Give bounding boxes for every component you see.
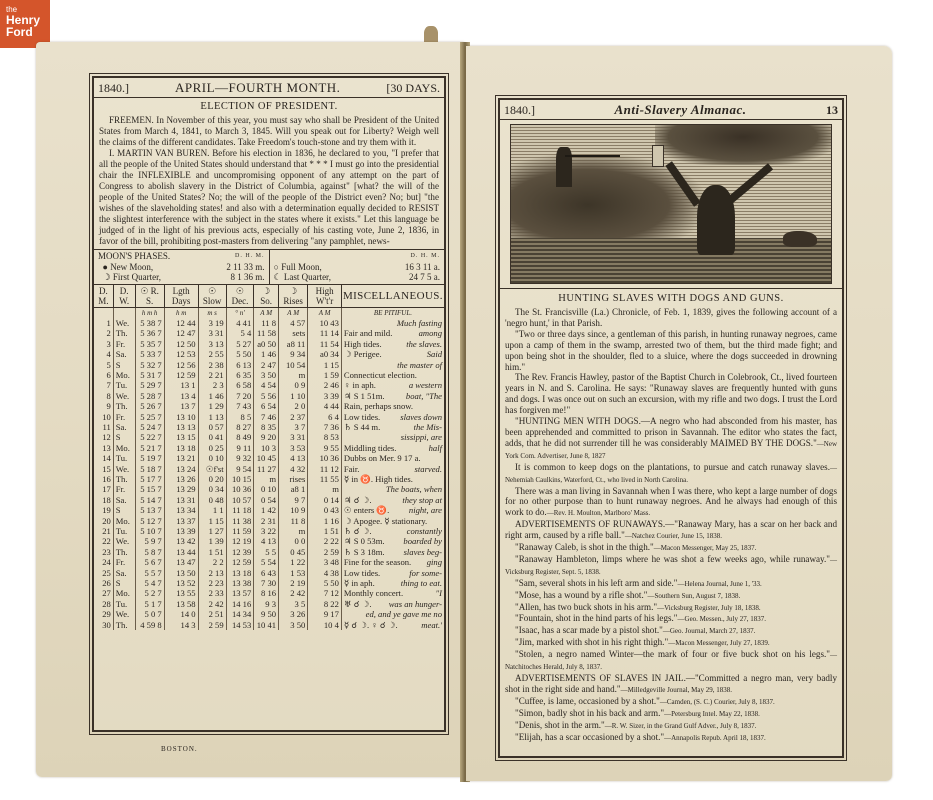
table-cell: 5 4 7 xyxy=(135,578,164,588)
table-cell: 4 xyxy=(94,349,113,359)
table-cell: 6 13 xyxy=(226,360,254,370)
table-cell: 2 xyxy=(94,328,113,338)
article-paragraph: "Sam, several shots in his left arm and … xyxy=(505,578,837,590)
table-cell: Th. xyxy=(113,547,135,557)
running-verse: slaves beg- xyxy=(404,547,442,557)
miscellaneous-cell: Dubbs on Mer. 9 17 a. xyxy=(341,453,444,463)
table-cell: 18 xyxy=(94,495,113,505)
phase-day: 2 xyxy=(226,262,231,272)
table-cell: 5 50 xyxy=(308,578,342,588)
table-cell: S xyxy=(113,360,135,370)
table-cell: 5 33 7 xyxy=(135,349,164,359)
paragraph-text: "Cuffee, is lame, occasioned by a shot." xyxy=(515,696,660,706)
page-number: 13 xyxy=(826,103,838,118)
table-cell: 21 xyxy=(94,526,113,536)
table-cell: 0 57 xyxy=(198,422,226,432)
table-cell: 27 xyxy=(94,588,113,598)
table-cell: 5 10 7 xyxy=(135,526,164,536)
table-cell: 15 xyxy=(94,464,113,474)
miscellaneous-cell: the slaves.High tides. xyxy=(341,339,444,349)
table-cell: 5 50 xyxy=(226,349,254,359)
astronomical-note: Middling tides. xyxy=(344,443,397,453)
astronomical-note: ☿ ☌ ☽. ♀ ☌ ☽. xyxy=(344,620,398,630)
table-cell: 1 59 xyxy=(308,370,342,380)
table-cell: 3 48 xyxy=(308,557,342,567)
table-cell: 12 56 xyxy=(164,360,198,370)
table-cell: 7 20 xyxy=(226,391,254,401)
column-header: D. W. xyxy=(113,285,135,308)
paragraph-text: The Rev. Francis Hawley, pastor of the B… xyxy=(505,372,837,415)
dog-figure xyxy=(783,231,817,247)
table-cell: We. xyxy=(113,391,135,401)
left-page-frame: 1840.] APRIL—FOURTH MONTH. [30 DAYS. ELE… xyxy=(92,76,446,732)
table-cell: 29 xyxy=(94,609,113,619)
table-cell: 6 58 xyxy=(226,380,254,390)
running-verse: "I xyxy=(436,588,442,598)
table-row: 14Tu.5 19 713 210 109 3210 454 1310 36Du… xyxy=(94,453,444,463)
table-cell: 7 46 xyxy=(254,412,279,422)
right-running-head: 1840.] Anti-Slavery Almanac. 13 xyxy=(500,100,842,120)
table-row: 23Th.5 8 713 441 5112 395 50 452 59slave… xyxy=(94,547,444,557)
miscellaneous-cell: Said☽ Perigee. xyxy=(341,349,444,359)
table-cell: 1 15 xyxy=(198,516,226,526)
article-paragraph: "Jim, marked with shot in his right thig… xyxy=(505,637,837,649)
table-cell: 6 54 xyxy=(254,401,279,411)
table-cell: 5 0 7 xyxy=(135,609,164,619)
table-cell: sets xyxy=(279,328,308,338)
table-cell: 14 0 xyxy=(164,609,198,619)
article-paragraph: "HUNTING MEN WITH DOGS.—A negro who had … xyxy=(505,416,837,462)
miscellaneous-cell: the Mis-♄ S 44 m. xyxy=(341,422,444,432)
table-cell: Mo. xyxy=(113,588,135,598)
phase-name: Full Moon, xyxy=(281,262,322,272)
column-header: Lgth Days xyxy=(164,285,198,308)
table-cell: 4 41 xyxy=(226,318,254,328)
table-row: 2Th.5 36 712 473 315 411 58sets11 14amon… xyxy=(94,328,444,338)
column-header: MISCELLANEOUS. xyxy=(341,285,444,308)
table-cell: 5 19 7 xyxy=(135,453,164,463)
table-cell: Tu. xyxy=(113,526,135,536)
table-row: 11Sa.5 24 713 130 578 278 353 77 36the M… xyxy=(94,422,444,432)
table-cell: 13 13 xyxy=(164,422,198,432)
miscellaneous-cell: "IMonthly concert. xyxy=(341,588,444,598)
table-cell: Th. xyxy=(113,401,135,411)
table-cell: 4 32 xyxy=(279,464,308,474)
table-cell: S xyxy=(113,505,135,515)
dhm-label: D. H. M. xyxy=(410,251,440,262)
table-cell: 0 34 xyxy=(198,484,226,494)
table-cell: Th. xyxy=(113,474,135,484)
astronomical-note: Low tides. xyxy=(344,412,380,422)
table-cell: 10 15 xyxy=(226,474,254,484)
running-verse: Said xyxy=(427,349,442,359)
table-cell: 13 50 xyxy=(164,568,198,578)
moon-phases-left: MOON'S PHASES. D. H. M. ● New Moon, 2 11… xyxy=(94,250,269,284)
running-verse: night, are xyxy=(409,505,442,515)
table-row: 18Sa.5 14 713 310 4810 570 549 70 14they… xyxy=(94,495,444,505)
table-row: 15We.5 18 713 24☉f'st9 5411 274 3211 12s… xyxy=(94,464,444,474)
astronomical-note: ☽ Apogee. ☿ stationary. xyxy=(344,516,427,526)
phase-minute: 5 a. xyxy=(427,272,440,282)
table-row: 5S5 32 712 562 386 132 4710 541 15the ma… xyxy=(94,360,444,370)
table-cell: 4 13 xyxy=(254,536,279,546)
table-row: 30Th.4 59 814 32 5914 5310 413 5010 4mea… xyxy=(94,620,444,630)
right-page: 1840.] Anti-Slavery Almanac. 13 HUNTING … xyxy=(466,46,892,781)
table-row: 28Tu.5 1 713 582 4214 169 33 58 22was an… xyxy=(94,599,444,609)
table-row: 29We.5 0 714 02 5114 349 503 269 17ed, a… xyxy=(94,609,444,619)
table-cell: 12 50 xyxy=(164,339,198,349)
article-paragraph: "Elijah, has a scar occasioned by a shot… xyxy=(505,732,837,744)
citation-source: —Macon Messenger, July 27, 1839. xyxy=(668,639,769,647)
running-verse: ed, and ye gave me no xyxy=(366,609,442,619)
running-verse: a western xyxy=(409,380,442,390)
table-cell: 16 xyxy=(94,474,113,484)
paragraph-text: "Ranaway Hambleton, limps where he was s… xyxy=(515,554,830,564)
table-cell: 9 32 xyxy=(226,453,254,463)
citation-source: —Geo. Journal, March 27, 1837. xyxy=(663,627,756,635)
article-paragraph: "Ranaway Caleb, is shot in the thigh."—M… xyxy=(505,542,837,554)
table-cell: m xyxy=(279,370,308,380)
table-cell: 9 54 xyxy=(226,464,254,474)
table-cell: 11 55 xyxy=(308,474,342,484)
table-cell: 11 xyxy=(94,422,113,432)
table-cell: 20 xyxy=(94,516,113,526)
table-cell: 10 43 xyxy=(308,318,342,328)
table-cell: 11 8 xyxy=(279,516,308,526)
table-cell: 2 46 xyxy=(308,380,342,390)
miscellaneous-cell: for some-Low tides. xyxy=(341,568,444,578)
header-days: [30 DAYS. xyxy=(386,81,440,96)
article-paragraph: "Fountain, shot in the hind parts of his… xyxy=(505,613,837,625)
table-cell: 0 20 xyxy=(198,474,226,484)
table-cell: 10 4 xyxy=(308,620,342,630)
table-cell: 5 2 7 xyxy=(135,588,164,598)
table-cell: 3 13 xyxy=(198,339,226,349)
table-cell: 2 2 xyxy=(198,557,226,567)
unit-cell: m s xyxy=(198,307,226,318)
paragraph-text: It is common to keep dogs on the plantat… xyxy=(515,462,830,472)
table-cell: rises xyxy=(279,474,308,484)
table-cell: 3 39 xyxy=(308,391,342,401)
table-cell: Mo. xyxy=(113,443,135,453)
table-cell: 3 5 xyxy=(279,599,308,609)
astronomical-note: Monthly concert. xyxy=(344,588,403,598)
table-cell: 7 12 xyxy=(308,588,342,598)
table-cell: 11 58 xyxy=(254,328,279,338)
table-cell: 19 xyxy=(94,505,113,515)
astronomical-note: Rain, perhaps snow. xyxy=(344,401,413,411)
paragraph-text: "Allen, has two buck shots in his arm." xyxy=(515,602,657,612)
astronomical-note: High tides. xyxy=(344,339,382,349)
table-cell: 5 32 7 xyxy=(135,360,164,370)
table-cell: a8 11 xyxy=(279,339,308,349)
table-row: 19S5 13 713 341 111 181 4210 90 43night,… xyxy=(94,505,444,515)
astronomical-note: ☉ enters ♉. xyxy=(344,505,389,515)
citation-source: —Annapolis Repub. April 18, 1837. xyxy=(664,734,766,742)
table-cell: 1 10 xyxy=(279,391,308,401)
table-cell: 8 xyxy=(94,391,113,401)
citation-source: —Helena Journal, June 1, '33. xyxy=(678,580,762,588)
article-paragraph: ADVERTISEMENTS OF RUNAWAYS.—"Ranaway Mar… xyxy=(505,519,837,542)
section-title-hunting: HUNTING SLAVES WITH DOGS AND GUNS. xyxy=(500,288,842,305)
article-paragraph: "Denis, shot in the arm."—R. W. Sizer, i… xyxy=(505,720,837,732)
table-cell: 10 41 xyxy=(254,620,279,630)
article-paragraph: "Mose, has a wound by a rifle shot."—Sou… xyxy=(505,590,837,602)
table-cell: 10 9 xyxy=(279,505,308,515)
astronomical-note: ♀ in aph. xyxy=(344,380,376,390)
table-cell: 13 10 xyxy=(164,412,198,422)
paragraph-freemen: FREEMEN. In November of this year, you m… xyxy=(99,115,439,148)
phase-day: 16 xyxy=(405,262,414,272)
table-cell: Mo. xyxy=(113,516,135,526)
miscellaneous-cell: slaves downLow tides. xyxy=(341,412,444,422)
phase-name: First Quarter, xyxy=(113,272,161,282)
table-cell: 5 17 7 xyxy=(135,474,164,484)
running-verse: boarded by xyxy=(403,536,442,546)
moon-phases: MOON'S PHASES. D. H. M. ● New Moon, 2 11… xyxy=(94,249,444,285)
table-row: 9Th.5 26 713 71 297 436 542 04 44Rain, p… xyxy=(94,401,444,411)
table-row: 7Tu.5 29 713 12 36 584 540 92 46a wester… xyxy=(94,380,444,390)
moon-phase-last-quarter: ☾ Last Quarter, 24 7 5 a. xyxy=(274,272,441,283)
unit-cell: A M xyxy=(279,307,308,318)
article-paragraph: "Stolen, a negro named Winter—the mark o… xyxy=(505,649,837,673)
running-verse: slaves down xyxy=(400,412,442,422)
table-cell: 10 57 xyxy=(226,495,254,505)
paragraph-text: "Ranaway Caleb, is shot in the thigh." xyxy=(515,542,654,552)
miscellaneous-cell: was an hunger-♅ ☌ ☽. xyxy=(341,599,444,609)
table-cell: 12 xyxy=(94,432,113,442)
table-cell: 1 51 xyxy=(308,526,342,536)
paragraph-text: "Stolen, a negro named Winter—the mark o… xyxy=(515,649,830,659)
table-cell: 14 3 xyxy=(164,620,198,630)
new-moon-icon: ● xyxy=(103,262,108,272)
header-year: 1840.] xyxy=(98,81,129,96)
table-row: 26S5 4 713 522 2313 387 302 195 50thing … xyxy=(94,578,444,588)
table-cell: Tu. xyxy=(113,599,135,609)
table-row: 24Fr.5 6 713 472 212 595 541 223 48gingF… xyxy=(94,557,444,567)
table-cell: 2 21 xyxy=(198,370,226,380)
column-header: ☽ So. xyxy=(254,285,279,308)
full-moon-icon: ○ xyxy=(274,262,279,272)
table-row: 16Th.5 17 713 260 2010 15mrises11 55☿ in… xyxy=(94,474,444,484)
header-almanac-title: Anti-Slavery Almanac. xyxy=(614,102,746,118)
election-text: FREEMEN. In November of this year, you m… xyxy=(94,113,444,249)
table-cell: 13 18 xyxy=(164,443,198,453)
miscellaneous-cell: gingFine for the season. xyxy=(341,557,444,567)
running-verse: starved. xyxy=(415,464,442,474)
paragraph-text: "Simon, badly shot in his back and arm." xyxy=(515,708,664,718)
table-cell: 1 16 xyxy=(308,516,342,526)
phase-day: 8 xyxy=(230,272,235,282)
table-cell: 5 9 7 xyxy=(135,536,164,546)
table-cell: 5 18 7 xyxy=(135,464,164,474)
table-cell: 9 17 xyxy=(308,609,342,619)
miscellaneous-cell: ☽ Apogee. ☿ stationary. xyxy=(341,516,444,526)
paragraph-text: "Jim, marked with shot in his right thig… xyxy=(515,637,668,647)
article-paragraph: "Allen, has two buck shots in his arm."—… xyxy=(505,602,837,614)
table-cell: 13 55 xyxy=(164,588,198,598)
unit-cell xyxy=(113,307,135,318)
table-cell: 11 8 xyxy=(254,318,279,328)
table-cell: 12 44 xyxy=(164,318,198,328)
paragraph-text: The St. Francisville (La.) Chronicle, of… xyxy=(505,307,837,328)
table-cell: 5 21 7 xyxy=(135,443,164,453)
table-row: 3Fr.5 35 712 503 135 27a0 50a8 1111 54th… xyxy=(94,339,444,349)
miscellaneous-cell: night, are☉ enters ♉. xyxy=(341,505,444,515)
phase-day: 24 xyxy=(409,272,418,282)
table-cell: 7 xyxy=(94,380,113,390)
table-cell: 5 54 xyxy=(254,557,279,567)
table-cell: m xyxy=(279,526,308,536)
table-cell: 11 54 xyxy=(308,339,342,349)
table-cell: 13 58 xyxy=(164,599,198,609)
table-cell: 4 38 xyxy=(308,568,342,578)
table-cell: Fr. xyxy=(113,339,135,349)
table-cell: 1 46 xyxy=(254,349,279,359)
right-page-frame: 1840.] Anti-Slavery Almanac. 13 HUNTING … xyxy=(498,98,844,758)
astronomical-note: Fair. xyxy=(344,464,360,474)
table-cell: 2 33 xyxy=(198,588,226,598)
table-cell: 1 29 xyxy=(198,401,226,411)
table-cell: a8 1 xyxy=(279,484,308,494)
miscellaneous-cell: Connecticut election. xyxy=(341,370,444,380)
paragraph-text: "Isaac, has a scar made by a pistol shot… xyxy=(515,625,663,635)
post-shape xyxy=(652,145,664,167)
running-verse: constantly xyxy=(407,526,442,536)
table-cell: 8 53 xyxy=(308,432,342,442)
table-cell: 14 16 xyxy=(226,599,254,609)
table-cell: 2 59 xyxy=(308,547,342,557)
running-verse: boat, "The xyxy=(406,391,442,401)
table-cell: 0 45 xyxy=(279,547,308,557)
table-cell: 13 42 xyxy=(164,536,198,546)
phase-hour: 7 xyxy=(420,272,425,282)
table-cell: 13 52 xyxy=(164,578,198,588)
running-verse: the master of xyxy=(397,360,442,370)
table-cell: 5 26 7 xyxy=(135,401,164,411)
running-verse: the slaves. xyxy=(406,339,442,349)
units-row: h m hh mm s° n'A MA MA MBE PITIFUL. xyxy=(94,307,444,318)
table-cell: 3 7 xyxy=(279,422,308,432)
table-cell: 0 43 xyxy=(308,505,342,515)
table-cell: We. xyxy=(113,464,135,474)
table-cell: 13 21 xyxy=(164,453,198,463)
miscellaneous-cell: boat, "The♃ S 1 51m. xyxy=(341,391,444,401)
table-cell: Sa. xyxy=(113,568,135,578)
miscellaneous-cell: amongFair and mild. xyxy=(341,328,444,338)
left-page: 1840.] APRIL—FOURTH MONTH. [30 DAYS. ELE… xyxy=(36,42,464,777)
table-cell: Th. xyxy=(113,620,135,630)
table-cell: 9 xyxy=(94,401,113,411)
table-cell: 4 44 xyxy=(308,401,342,411)
table-row: 13Mo.5 21 713 180 259 1110 33 539 55half… xyxy=(94,443,444,453)
phase-hour: 1 xyxy=(237,272,242,282)
table-cell: 5 38 7 xyxy=(135,318,164,328)
table-cell: 1 42 xyxy=(254,505,279,515)
woodcut-illustration xyxy=(510,124,832,284)
moon-phases-label: MOON'S PHASES. xyxy=(98,251,170,262)
astronomical-note: ☿ in aph. xyxy=(344,578,375,588)
table-cell: 7 43 xyxy=(226,401,254,411)
table-cell: 11 59 xyxy=(226,526,254,536)
phase-hour: 3 xyxy=(416,262,421,272)
astronomical-note: ♅ ☌ ☽. xyxy=(344,599,372,609)
table-row: 25Sa.5 5 713 502 1313 186 431 534 38for … xyxy=(94,568,444,578)
paragraph-text: "Denis, shot in the arm." xyxy=(515,720,605,730)
miscellaneous-cell: the master of xyxy=(341,360,444,370)
table-cell: 2 23 xyxy=(198,578,226,588)
table-cell: 30 xyxy=(94,620,113,630)
almanac-spread: 1840.] APRIL—FOURTH MONTH. [30 DAYS. ELE… xyxy=(36,42,896,782)
article-paragraph: "Ranaway Hambleton, limps where he was s… xyxy=(505,554,837,578)
table-cell: We. xyxy=(113,536,135,546)
hunting-text: The St. Francisville (La.) Chronicle, of… xyxy=(500,305,842,745)
table-cell: m xyxy=(308,484,342,494)
table-cell: Tu. xyxy=(113,453,135,463)
section-title-election: ELECTION OF PRESIDENT. xyxy=(94,98,444,113)
column-header: ☉ Slow xyxy=(198,285,226,308)
miscellaneous-cell: halfMiddling tides. xyxy=(341,443,444,453)
paragraph-text: "Sam, several shots in his left arm and … xyxy=(515,578,678,588)
miscellaneous-cell: a western♀ in aph. xyxy=(341,380,444,390)
column-header: ☉ R. S. xyxy=(135,285,164,308)
table-cell: 13 37 xyxy=(164,516,198,526)
running-verse: for some- xyxy=(409,568,442,578)
table-cell: 1 46 xyxy=(198,391,226,401)
table-cell: 13 1 xyxy=(164,380,198,390)
table-cell: 5 13 7 xyxy=(135,505,164,515)
column-header: D. M. xyxy=(94,285,113,308)
table-cell: 4 59 8 xyxy=(135,620,164,630)
table-cell: a0 50 xyxy=(254,339,279,349)
table-cell: 8 27 xyxy=(226,422,254,432)
unit-cell xyxy=(94,307,113,318)
astronomical-note: ♃ S 1 51m. xyxy=(344,391,385,401)
raised-arm-right xyxy=(726,163,773,204)
first-quarter-icon: ☽ xyxy=(103,272,111,282)
table-cell: 10 36 xyxy=(226,484,254,494)
miscellaneous-cell: sissippi, are xyxy=(341,432,444,442)
miscellaneous-cell: thing to eat.☿ in aph. xyxy=(341,578,444,588)
miscellaneous-cell: meat.'☿ ☌ ☽. ♀ ☌ ☽. xyxy=(341,620,444,630)
running-verse: they stop at xyxy=(402,495,442,505)
column-header: ☉ Dec. xyxy=(226,285,254,308)
logo-text-ford: Ford xyxy=(6,26,46,38)
the-henry-ford-logo: the Henry Ford xyxy=(0,0,50,48)
running-verse: sissippi, are xyxy=(401,432,442,442)
astronomical-note: ☽ Perigee. xyxy=(344,349,382,359)
table-cell: 13 57 xyxy=(226,588,254,598)
table-cell: 2 31 xyxy=(254,516,279,526)
article-paragraph: The St. Francisville (La.) Chronicle, of… xyxy=(505,307,837,329)
table-cell: 11 27 xyxy=(254,464,279,474)
table-cell: 13 7 xyxy=(164,401,198,411)
table-cell: 1 51 xyxy=(198,547,226,557)
dhm-label: D. H. M. xyxy=(235,251,265,262)
table-cell: 8 49 xyxy=(226,432,254,442)
astronomical-note: ♄ S 44 m. xyxy=(344,422,380,432)
moon-phase-first-quarter: ☽ First Quarter, 8 1 36 m. xyxy=(98,272,265,283)
calendar-body: h m hh mm s° n'A MA MA MBE PITIFUL.1We.5… xyxy=(94,307,444,630)
table-row: 1We.5 38 712 443 194 4111 84 5710 43Much… xyxy=(94,318,444,328)
moon-phases-right: D. H. M. ○ Full Moon, 16 3 11 a. ☾ Last … xyxy=(269,250,445,284)
table-cell: 2 19 xyxy=(279,578,308,588)
running-verse: half xyxy=(429,443,442,453)
table-cell: Th. xyxy=(113,328,135,338)
table-cell: Fr. xyxy=(113,484,135,494)
table-cell: 9 7 xyxy=(279,495,308,505)
table-cell: 2 22 xyxy=(308,536,342,546)
